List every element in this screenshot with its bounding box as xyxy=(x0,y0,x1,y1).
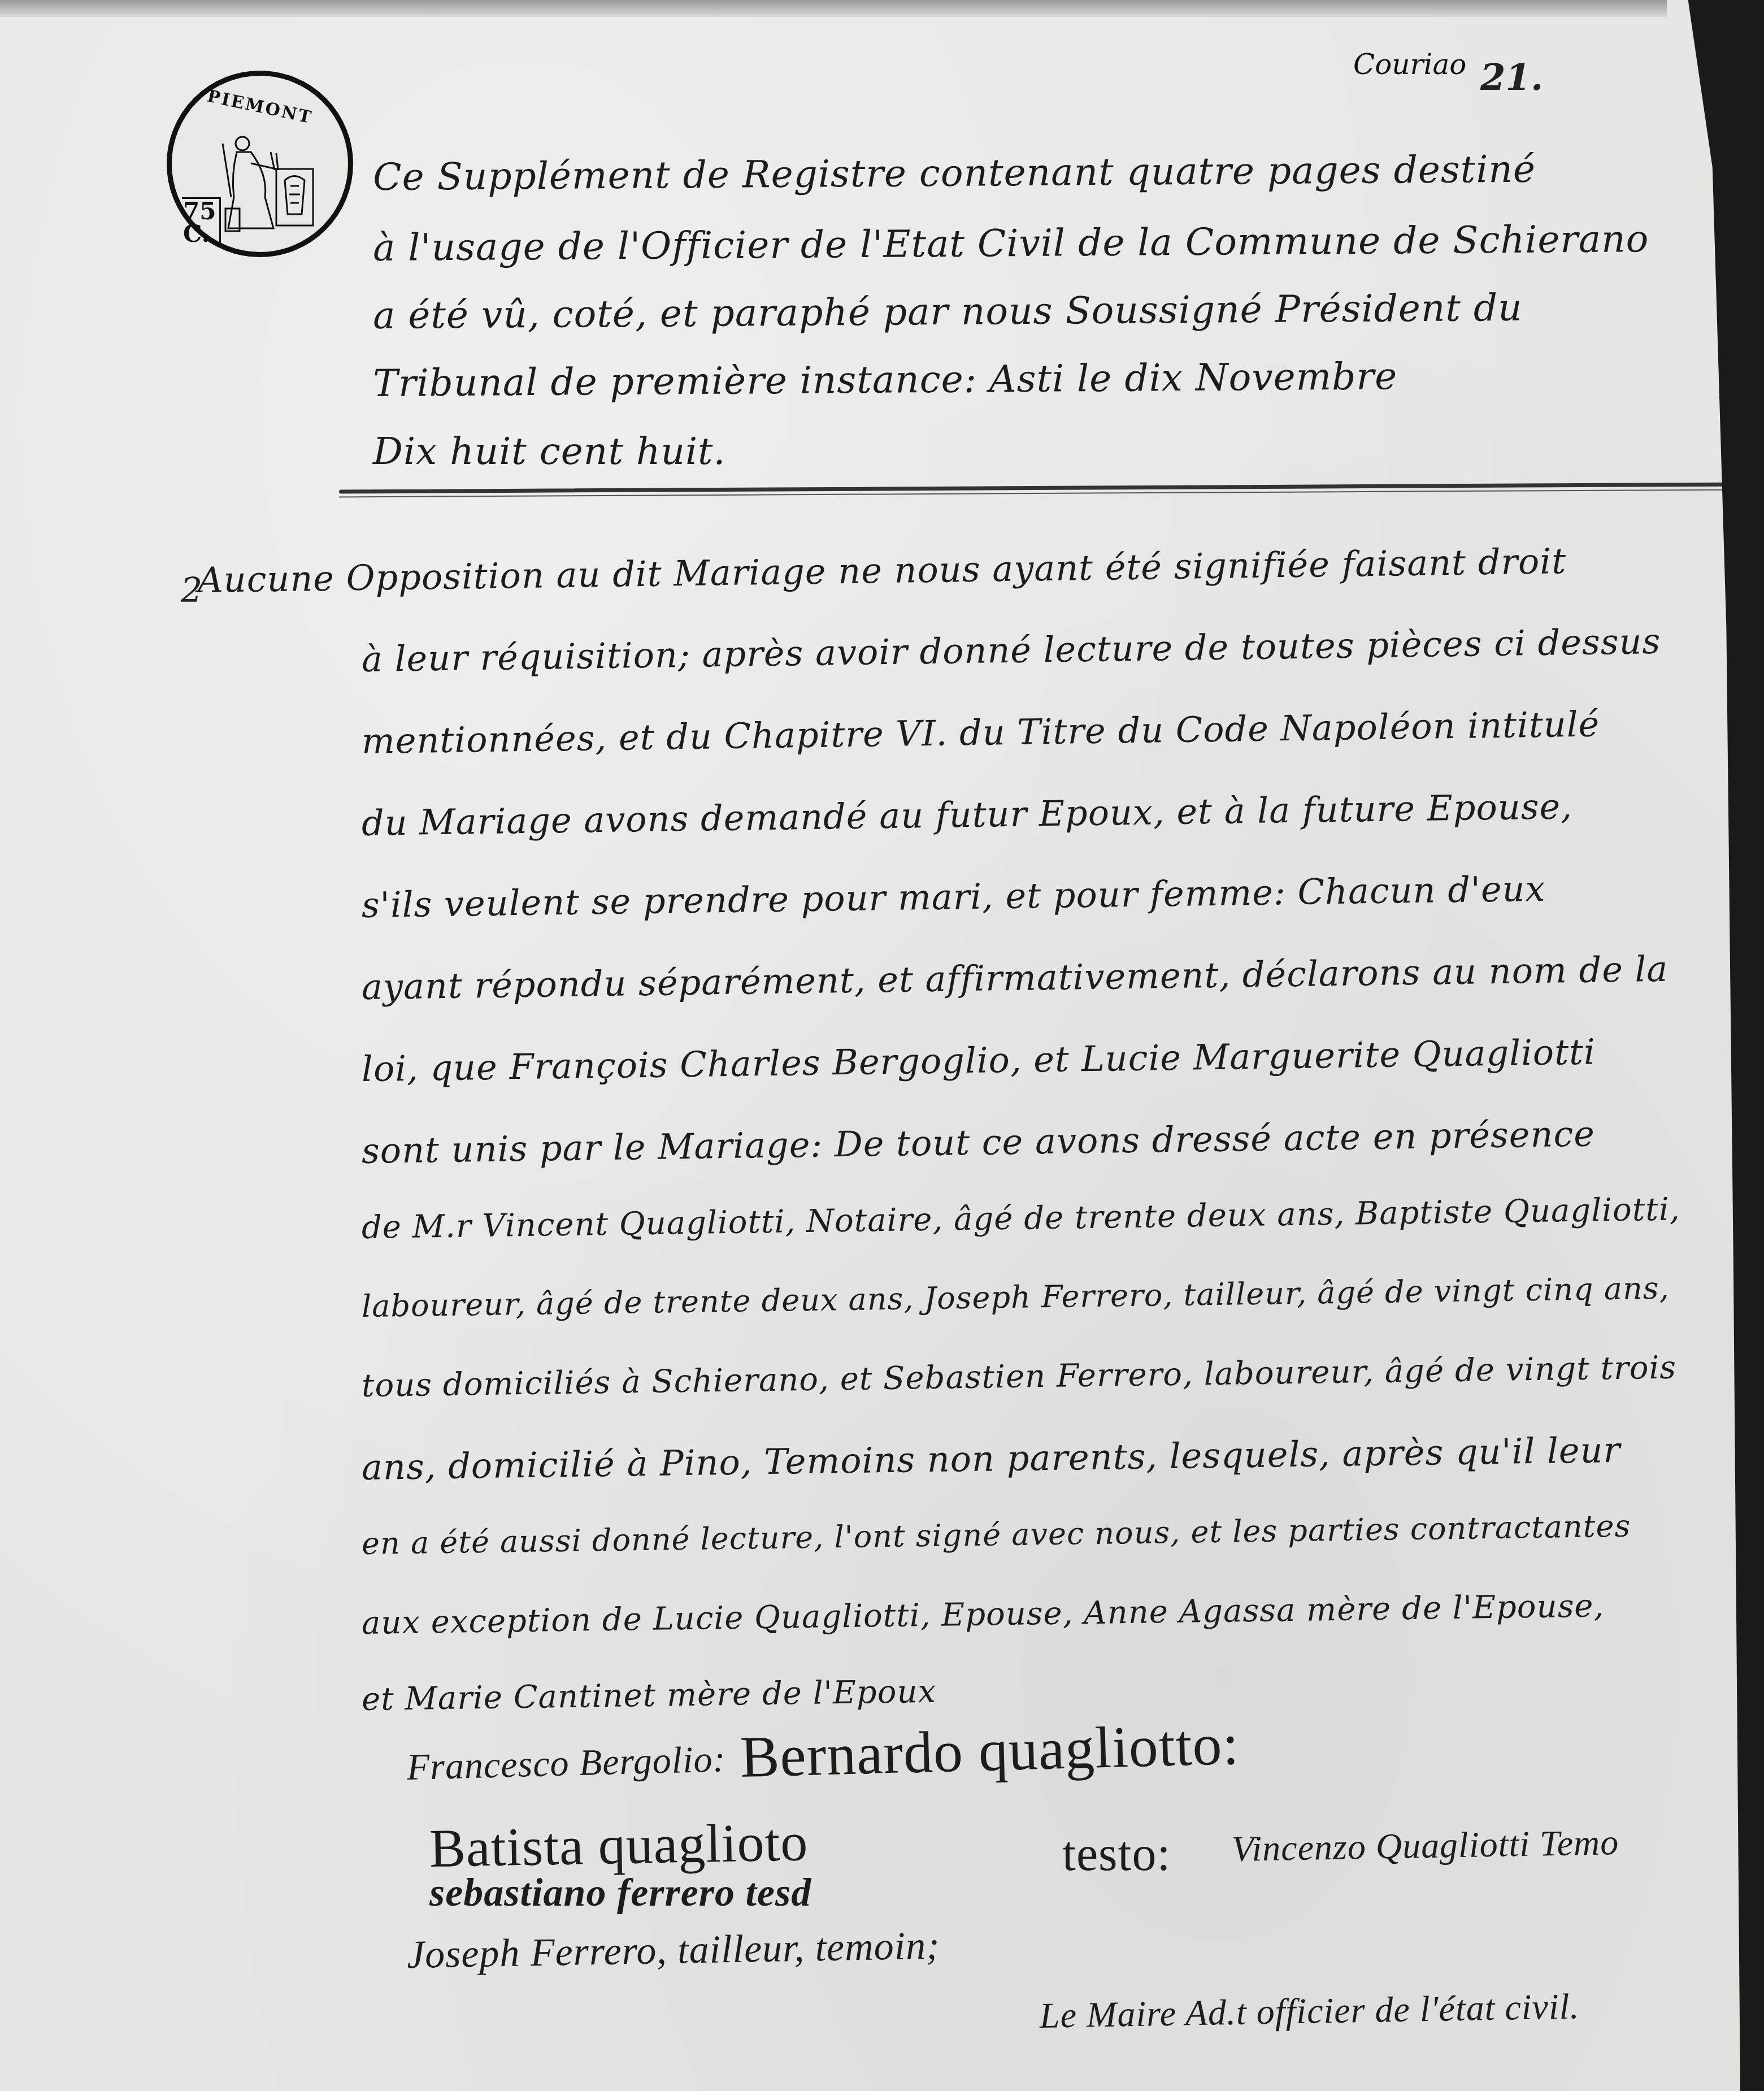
stamp-title: PIEMONT xyxy=(172,79,348,135)
page-top-edge xyxy=(0,0,1667,17)
header-line: a été vû, coté, et paraphé par nous Sous… xyxy=(373,286,1523,337)
stamp-value: 75 C. xyxy=(182,197,221,245)
body-line: de M.r Vincent Quagliotti, Notaire, âgé … xyxy=(362,1191,1680,1246)
body-line: et Marie Cantinet mère de l'Epoux xyxy=(362,1673,937,1718)
document-page: PIEMONT 75 C. Couriao 21. Ce Supplément … xyxy=(0,0,1740,2091)
body-line: en a été aussi donné lecture, l'ont sign… xyxy=(362,1508,1631,1561)
signature-sebastiano: sebastiano ferrero tesd xyxy=(429,1871,811,1916)
signature-joseph: Joseph Ferrero, tailleur, temoin; xyxy=(406,1924,940,1978)
corner-note: Couriao xyxy=(1353,48,1466,81)
page-number: 21. xyxy=(1480,57,1543,99)
body-line: ans, domicilié à Pino, Temoins non paren… xyxy=(361,1429,1620,1488)
tax-stamp: PIEMONT 75 C. xyxy=(167,71,353,257)
body-line: aux exception de Lucie Quagliotti, Epous… xyxy=(362,1587,1605,1642)
body-line: ayant répondu séparément, et affirmative… xyxy=(361,948,1668,1008)
signature-mayor: Le Maire Ad.t officier de l'état civil. xyxy=(1039,1985,1580,2037)
body-line: du Mariage avons demandé au futur Epoux,… xyxy=(361,786,1572,844)
signature-vincenzo: Vincenzo Quagliotti Temo xyxy=(1231,1821,1619,1870)
seated-figure-icon xyxy=(211,129,319,237)
divider-rule xyxy=(339,483,1740,494)
body-line: à leur réquisition; après avoir donné le… xyxy=(361,621,1661,680)
body-line: laboureur, âgé de trente deux ans, Josep… xyxy=(362,1270,1670,1324)
body-line: mentionnées, et du Chapitre VI. du Titre… xyxy=(361,703,1600,762)
header-line: Dix huit cent huit. xyxy=(373,430,726,473)
signature-testo: testo: xyxy=(1062,1825,1171,1882)
signature-batista: Batista quaglioto xyxy=(429,1810,809,1880)
header-line: Tribunal de première instance: Asti le d… xyxy=(373,354,1398,405)
body-line: sont unis par le Mariage: De tout ce avo… xyxy=(361,1113,1595,1172)
body-line: loi, que François Charles Bergoglio, et … xyxy=(361,1031,1596,1090)
header-line: à l'usage de l'Officier de l'Etat Civil … xyxy=(373,217,1649,270)
body-line: tous domiciliés à Schierano, et Sebastie… xyxy=(362,1350,1677,1404)
body-line: Aucune Opposition au dit Mariage ne nous… xyxy=(197,540,1566,601)
header-line: Ce Supplément de Registre contenant quat… xyxy=(373,148,1536,199)
signature-groom: Francesco Bergolio: xyxy=(406,1738,726,1789)
body-line: s'ils veulent se prendre pour mari, et p… xyxy=(361,868,1545,926)
signature-bernardo: Bernardo quagliotto: xyxy=(739,1711,1240,1791)
